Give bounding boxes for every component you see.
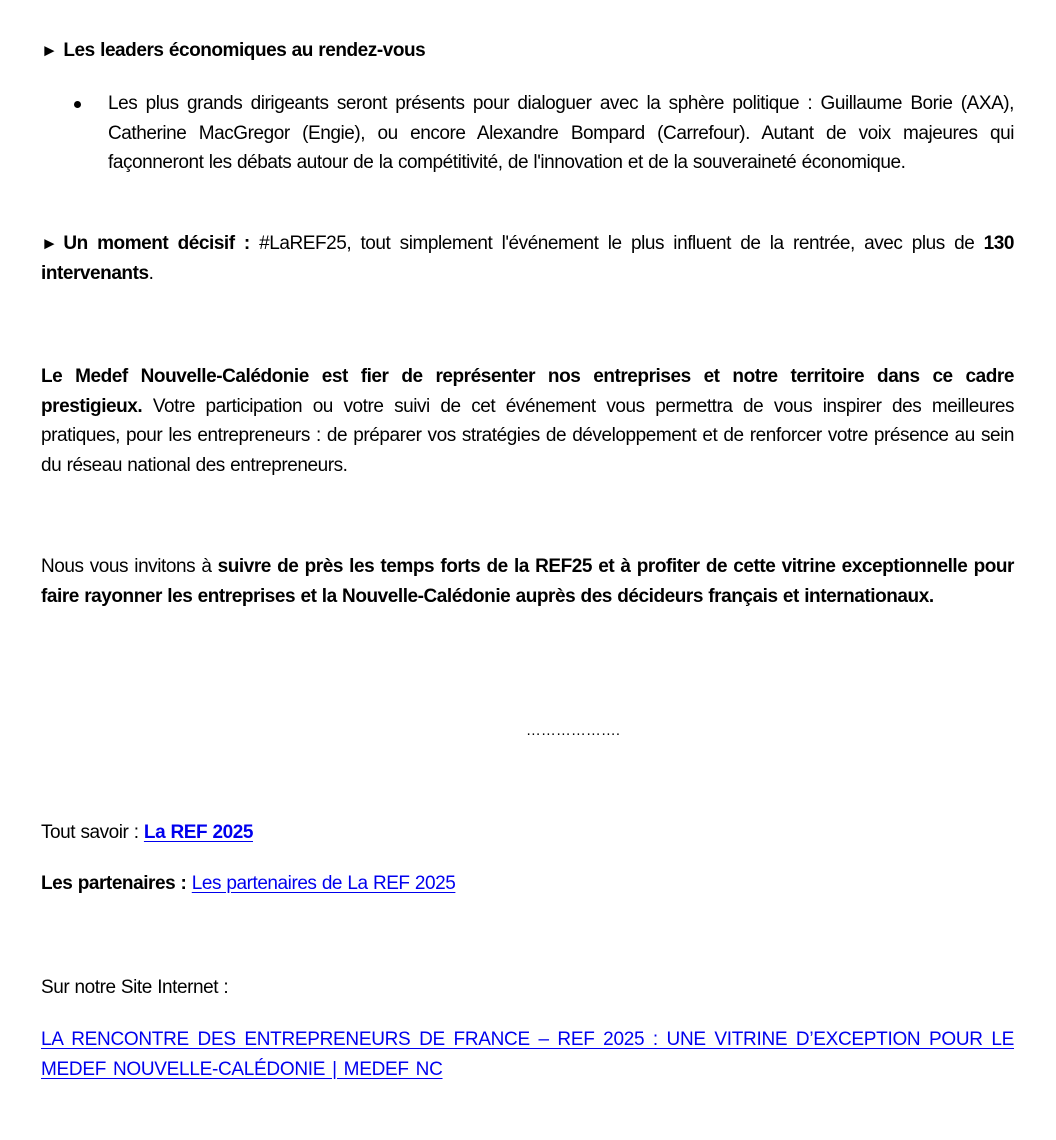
tout-savoir-label: Tout savoir : — [41, 822, 144, 843]
invite-text-start: Nous vous invitons à — [41, 556, 218, 577]
la-ref-2025-link[interactable]: La REF 2025 — [144, 822, 253, 843]
partenaires-line: Les partenaires : Les partenaires de La … — [41, 869, 455, 899]
moment-paragraph: ►Un moment décisif : #LaREF25, tout simp… — [41, 229, 1014, 288]
leaders-bullet-list: Les plus grands dirigeants seront présen… — [41, 89, 1014, 178]
moment-lead: Un moment décisif : — [63, 233, 249, 254]
right-triangle-icon: ► — [41, 229, 57, 259]
medef-nc-article-link[interactable]: LA RENCONTRE DES ENTREPRENEURS DE FRANCE… — [41, 1029, 1014, 1080]
partenaires-label: Les partenaires : — [41, 873, 186, 894]
partenaires-link[interactable]: Les partenaires de La REF 2025 — [192, 873, 456, 894]
list-item: Les plus grands dirigeants seront présen… — [41, 89, 1014, 178]
medef-paragraph: Le Medef Nouvelle-Calédonie est fier de … — [41, 362, 1014, 480]
tout-savoir-line: Tout savoir : La REF 2025 — [41, 818, 253, 848]
leaders-heading: ►Les leaders économiques au rendez-vous — [41, 36, 425, 66]
bullet-dot-icon — [74, 101, 81, 108]
site-article-paragraph: LA RENCONTRE DES ENTREPRENEURS DE FRANCE… — [41, 1025, 1014, 1084]
leaders-title: Les leaders économiques au rendez-vous — [63, 40, 425, 61]
right-triangle-icon: ► — [41, 36, 57, 66]
moment-text: #LaREF25, tout simplement l'événement le… — [250, 233, 984, 254]
moment-end: . — [149, 263, 154, 284]
dotted-separator: ………………. — [41, 716, 1056, 746]
leaders-bullet-text: Les plus grands dirigeants seront présen… — [108, 93, 1014, 173]
medef-text: Votre participation ou votre suivi de ce… — [41, 396, 1014, 476]
invite-paragraph: Nous vous invitons à suivre de près les … — [41, 552, 1014, 611]
site-internet-label: Sur notre Site Internet : — [41, 973, 228, 1003]
